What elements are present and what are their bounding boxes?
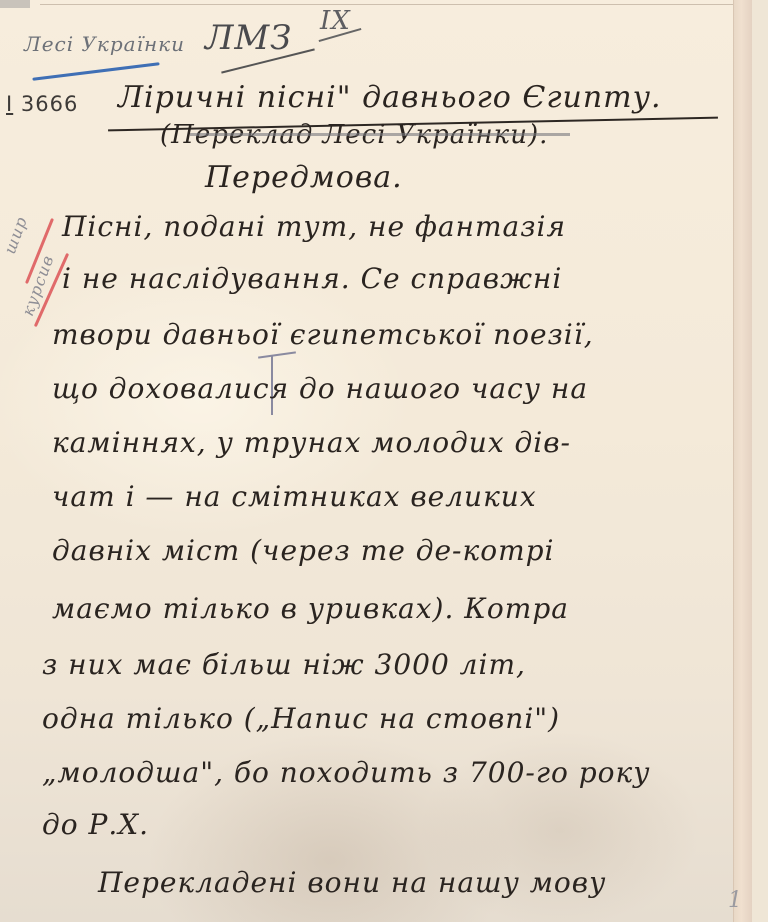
document-title: Ліричні пісні" давнього Єгипту. — [118, 80, 662, 115]
subtitle-pencil-strike — [190, 133, 570, 136]
body-line: каміннях, у трунах молодих дів- — [52, 426, 571, 459]
body-line: давніх міст (через те де-котрі — [52, 534, 555, 567]
section-heading: Передмова. — [205, 160, 403, 195]
archive-shelfmark: ЛМЗ — [205, 18, 292, 58]
paper-right-edge — [733, 0, 752, 922]
photo-frame-corner — [0, 0, 30, 8]
author-pencil-note: Лесі Українки — [24, 32, 185, 56]
body-line: до Р.Х. — [42, 808, 149, 841]
inventory-number: I 3666 — [6, 92, 78, 116]
body-line: маємо тілько в уривках). Котра — [52, 592, 569, 625]
blue-pencil-underline — [32, 62, 159, 81]
body-line: з них має більш ніж 3000 літ, — [42, 648, 526, 681]
paper-top-edge — [40, 4, 740, 5]
inventory-roman: I — [6, 92, 13, 116]
inventory-digits: 3666 — [21, 92, 78, 116]
body-line: Перекладені вони на нашу мову — [98, 866, 606, 899]
body-line: твори давньої єгипетської поезії, — [52, 318, 594, 351]
page-number: 1 — [728, 888, 743, 913]
body-line: що доховалися до нашого часу на — [52, 372, 588, 405]
body-line: Пісні, подані тут, не фантазія — [62, 210, 566, 243]
body-line: і не наслідування. Се справжні — [62, 262, 562, 295]
body-line: „молодша", бо походить з 700-го року — [42, 756, 651, 789]
manuscript-page: Лесі Українки ЛМЗ IX I 3666 Ліричні пісн… — [0, 0, 752, 922]
body-line: чат і — на смітниках великих — [52, 480, 537, 513]
body-line: одна тілько („Напис на стовпі") — [42, 702, 560, 735]
pencil-insertion-mark — [258, 351, 296, 358]
margin-pencil-note: шир — [0, 214, 31, 257]
